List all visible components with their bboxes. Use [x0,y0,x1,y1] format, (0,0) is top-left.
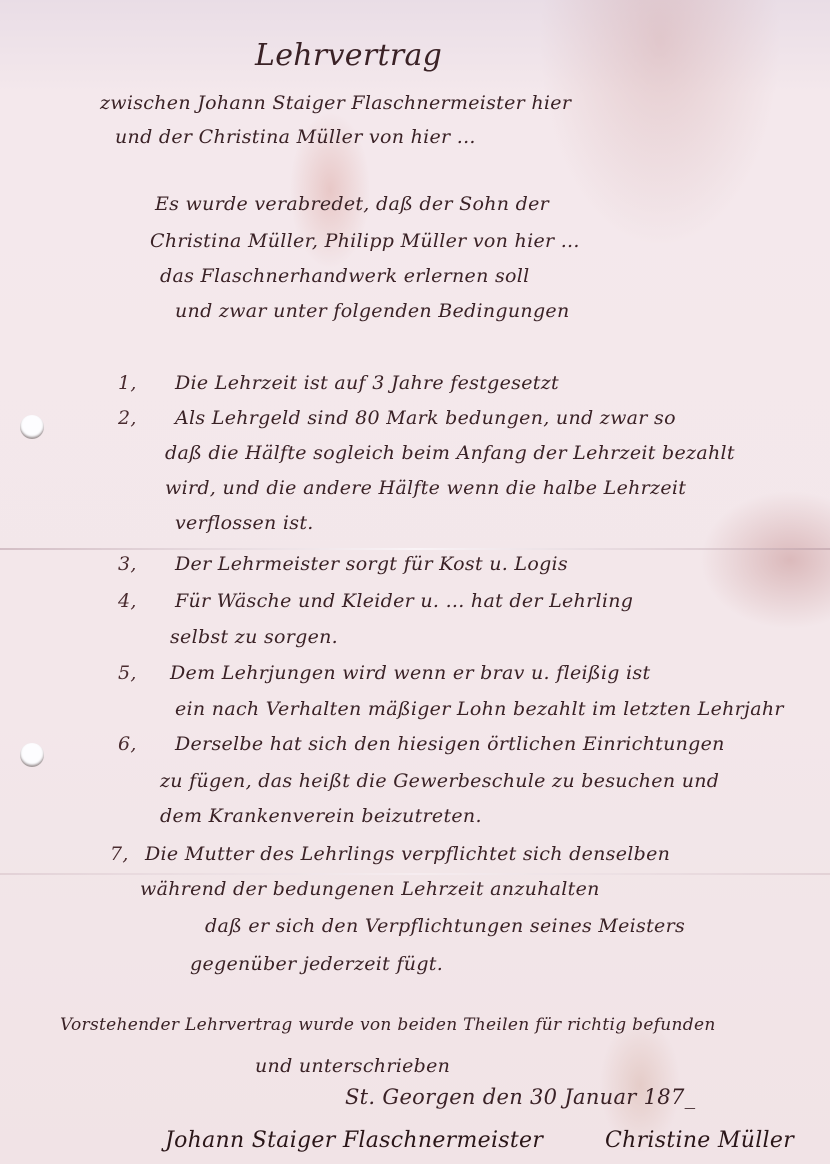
preamble-line: und zwar unter folgenden Bedingungen [175,300,570,322]
condition-text: daß die Hälfte sogleich beim Anfang der … [165,442,735,464]
condition-number: 2, [118,407,137,429]
condition-text: Dem Lehrjungen wird wenn er brav u. flei… [170,662,650,684]
paper-fold [0,548,830,550]
condition-text: Der Lehrmeister sorgt für Kost u. Logis [175,553,568,575]
condition-number: 6, [118,733,137,755]
intro-line: und der Christina Müller von hier ... [115,126,476,148]
document-title: Lehrvertrag [255,38,442,73]
paper-fold [0,873,830,875]
closing-line: und unterschrieben [255,1055,450,1077]
condition-text: Die Mutter des Lehrlings verpflichtet si… [145,843,670,865]
signature-master: Johann Staiger Flaschnermeister [165,1128,543,1153]
punch-hole [20,415,44,439]
condition-text: daß er sich den Verpflichtungen seines M… [205,915,685,937]
preamble-line: Es wurde verabredet, daß der Sohn der [155,193,549,215]
condition-text: Für Wäsche und Kleider u. ... hat der Le… [175,590,633,612]
condition-text: ein nach Verhalten mäßiger Lohn bezahlt … [175,698,784,720]
condition-text: während der bedungenen Lehrzeit anzuhalt… [140,878,600,900]
condition-number: 7, [110,843,129,865]
punch-hole [20,743,44,767]
signature-mother: Christine Müller [605,1128,794,1153]
letter-page: Lehrvertrag zwischen Johann Staiger Flas… [0,0,830,1164]
condition-text: zu fügen, das heißt die Gewerbeschule zu… [160,770,719,792]
condition-text: Als Lehrgeld sind 80 Mark bedungen, und … [175,407,676,429]
condition-text: dem Krankenverein beizutreten. [160,805,482,827]
condition-text: Die Lehrzeit ist auf 3 Jahre festgesetzt [175,372,559,394]
condition-text: selbst zu sorgen. [170,626,338,648]
condition-number: 4, [118,590,137,612]
condition-text: Derselbe hat sich den hiesigen örtlichen… [175,733,725,755]
condition-text: verflossen ist. [175,512,314,534]
condition-number: 1, [118,372,137,394]
condition-number: 3, [118,553,137,575]
preamble-line: das Flaschnerhandwerk erlernen soll [160,265,530,287]
closing-line: Vorstehender Lehrvertrag wurde von beide… [60,1015,716,1035]
condition-number: 5, [118,662,137,684]
intro-line: zwischen Johann Staiger Flaschnermeister… [100,92,571,114]
condition-text: wird, und die andere Hälfte wenn die hal… [165,477,686,499]
place-date: St. Georgen den 30 Januar 187_ [345,1085,695,1109]
preamble-line: Christina Müller, Philipp Müller von hie… [150,230,580,252]
condition-text: gegenüber jederzeit fügt. [190,953,443,975]
